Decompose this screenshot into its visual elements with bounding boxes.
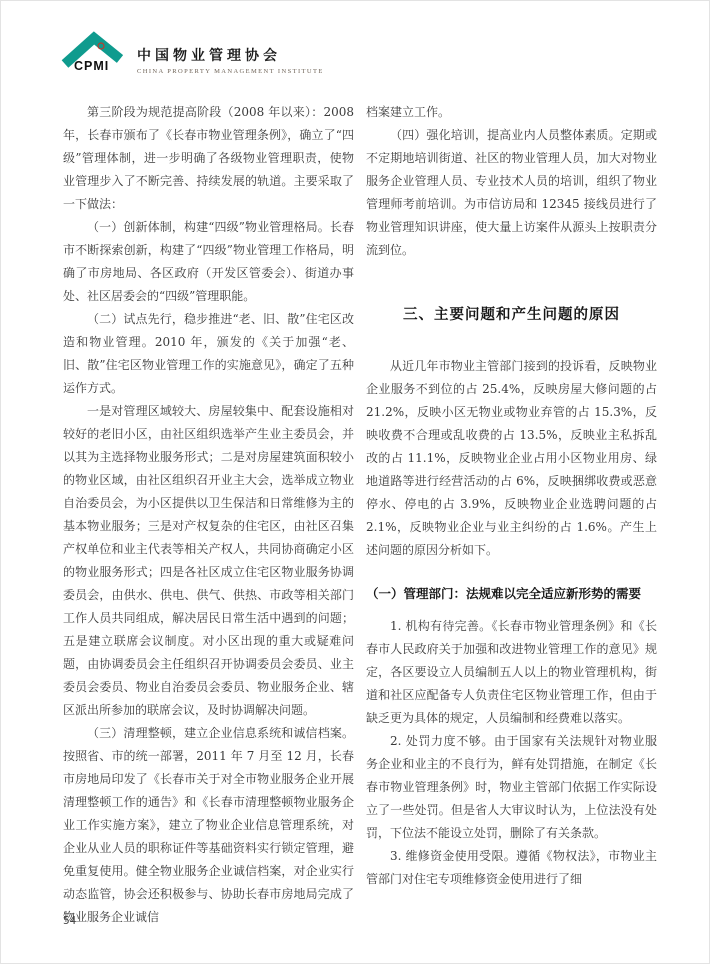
logo-text: 中国物业管理协会 CHINA PROPERTY MANAGEMENT INSTI… <box>137 31 324 75</box>
paragraph-item3: （三）清理整顿，建立企业信息系统和诚信档案。按照省、市的统一部署，2011 年 … <box>63 722 354 929</box>
document-page: CPMI 中国物业管理协会 CHINA PROPERTY MANAGEMENT … <box>0 0 710 964</box>
paragraph-item1: （一）创新体制，构建“四级”物业管理格局。长春市不断探索创新，构建了“四级”物业… <box>63 216 354 308</box>
logo-header: CPMI 中国物业管理协会 CHINA PROPERTY MANAGEMENT … <box>61 31 324 75</box>
paragraph-item4: （四）强化培训，提高业内人员整体素质。定期或不定期地培训街道、社区的物业管理人员… <box>366 124 657 262</box>
cpmi-logo: CPMI <box>61 31 123 75</box>
paragraph-continuation: 档案建立工作。 <box>366 101 657 124</box>
paragraph-point3: 3. 维修资金使用受限。遵循《物权法》，市物业主管部门对住宅专项维修资金使用进行… <box>366 845 657 891</box>
logo-title-en: CHINA PROPERTY MANAGEMENT INSTITUTE <box>137 68 324 75</box>
paragraph-complaint-stats: 从近几年市物业主管部门接到的投诉看，反映物业企业服务不到位的占 25.4%，反映… <box>366 355 657 562</box>
logo-title-cn: 中国物业管理协会 <box>137 45 324 65</box>
paragraph-point1: 1. 机构有待完善。《长春市物业管理条例》和《长春市人民政府关于加强和改进物业管… <box>366 615 657 730</box>
page-number: 54 <box>63 915 76 927</box>
section-heading-problems: 三、主要问题和产生问题的原因 <box>366 303 657 324</box>
right-column: 档案建立工作。 （四）强化培训，提高业内人员整体素质。定期或不定期地培训街道、社… <box>366 101 657 929</box>
left-column: 第三阶段为规范提高阶段（2008 年以来）：2008 年，长春市颁布了《长春市物… <box>63 101 354 929</box>
paragraph-point2: 2. 处罚力度不够。由于国家有关法规针对物业服务企业和业主的不良行为，鲜有处罚措… <box>366 730 657 845</box>
sub-heading-management-dept: （一）管理部门：法规难以完全适应新形势的需要 <box>366 583 657 606</box>
paragraph-stage3: 第三阶段为规范提高阶段（2008 年以来）：2008 年，长春市颁布了《长春市物… <box>63 101 354 216</box>
paragraph-item2: （二）试点先行，稳步推进“老、旧、散”住宅区改造和物业管理。2010 年，颁发的… <box>63 308 354 400</box>
paragraph-five-modes: 一是对管理区域较大、房屋较集中、配套设施相对较好的老旧小区，由社区组织选举产生业… <box>63 400 354 722</box>
logo-acronym: CPMI <box>74 59 109 73</box>
two-column-content: 第三阶段为规范提高阶段（2008 年以来）：2008 年，长春市颁布了《长春市物… <box>63 101 657 929</box>
